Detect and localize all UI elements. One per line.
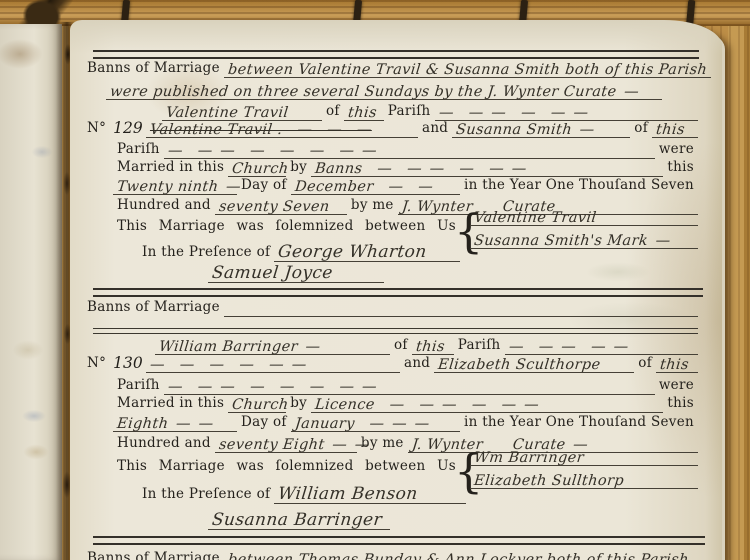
banns-between-blank: between Thomas Bunday & Ann Lockyer both…	[224, 548, 712, 560]
entry-number: 130	[110, 354, 146, 373]
solemnized-line: This Marriage was ſolemnized between Us	[113, 216, 473, 236]
parish-dashes-blank: — — — — —	[505, 335, 698, 355]
of-label: of	[634, 355, 656, 373]
married-line: Married in this Church by Licence — — — …	[113, 393, 698, 413]
witness2-blank: Susanna Barringer	[208, 510, 390, 530]
groom-mid-dashes: — — — — — —	[145, 357, 311, 373]
month-blank: December — —	[291, 175, 460, 195]
groom-signature-row: Valentine Travil	[470, 204, 698, 226]
no-label: N°	[83, 355, 110, 373]
number-names-line: N° 129 Valentine Travil . — — — and Susa…	[83, 118, 698, 138]
groom-signature: Valentine Travil	[469, 210, 601, 226]
church-blank: Church	[228, 157, 286, 177]
this-label: this	[663, 395, 698, 413]
day-entry: Eighth — —	[112, 416, 218, 432]
month-entry: December — —	[290, 179, 438, 195]
hundred-and-label: Hundred and	[113, 197, 215, 215]
bride-signature-row: Elizabeth Sullthorp	[470, 466, 698, 489]
decade-blank: seventy Eight — —	[215, 433, 357, 453]
groom-parish-line: William Barringer — of this Pariſh — — —…	[155, 335, 698, 355]
banns-line: Banns of Marriage	[83, 297, 698, 317]
solemnized-label: This Marriage was ſolemnized between Us	[113, 458, 460, 476]
method-entry: Licence — — — — — —	[310, 397, 544, 413]
date-line: Eighth — — Day of January — — — in the Y…	[113, 412, 698, 432]
entry-separator-rule	[93, 536, 705, 545]
banns-published-entry: were published on three several Sundays …	[105, 84, 644, 100]
next-entry-partial-text: between Thomas Bunday & Ann Lockyer both…	[223, 552, 693, 560]
married-line: Married in this Church by Banns — — — — …	[113, 157, 698, 177]
bride-signature: Susanna Smith's Mark —	[469, 233, 675, 249]
register-photo: Banns of Marriage between Valentine Trav…	[0, 0, 750, 560]
couple-signatures: Valentine Travil Susanna Smith's Mark —	[470, 204, 698, 249]
year-printed-label: in the Year One Thouſand Seven	[460, 414, 698, 432]
witness1-signature: George Wharton	[273, 242, 432, 262]
no-label: N°	[83, 120, 110, 138]
banns-published-line: were published on three several Sundays …	[106, 80, 662, 100]
this-entry: this	[655, 357, 694, 373]
this-blank: this	[412, 335, 454, 355]
solemnized-label: This Marriage was ſolemnized between Us	[113, 218, 460, 236]
banns-line: Banns of Marriage between Valentine Trav…	[83, 58, 698, 78]
witness2-line: Samuel Joyce	[208, 263, 408, 283]
decade-entry: seventy Eight — —	[214, 437, 374, 453]
banns-label: Banns of Marriage	[83, 299, 224, 317]
year-printed-label: in the Year One Thouſand Seven	[460, 177, 698, 195]
by-me-label: by me	[347, 197, 398, 215]
couple-signatures: Wm Barringer Elizabeth Sullthorp	[470, 444, 698, 489]
groom-name-blank: William Barringer —	[155, 335, 390, 355]
witness1-signature: William Benson	[273, 484, 423, 504]
bride-blank: Susanna Smith —	[452, 118, 630, 138]
this-blank: this	[652, 118, 698, 138]
month-blank: January — — —	[291, 412, 460, 432]
groom-mid-blank: — — — — — —	[146, 353, 400, 373]
day-of-label: Day of	[237, 414, 291, 432]
parish-were-line: Pariſh — — — — — — — — were	[113, 375, 698, 395]
day-entry: Twenty ninth —	[112, 179, 246, 195]
day-blank: Twenty ninth —	[113, 175, 237, 195]
groom-mid-blank: Valentine Travil . — — —	[146, 118, 418, 138]
bride-signature-row: Susanna Smith's Mark —	[470, 226, 698, 249]
date-line: Twenty ninth — Day of December — — in th…	[113, 175, 698, 195]
married-in-this-label: Married in this	[113, 395, 228, 413]
month-entry: January — — —	[290, 416, 434, 432]
number-names-line: N° 130 — — — — — — and Elizabeth Scultho…	[83, 353, 698, 373]
church-entry: Church	[227, 397, 293, 413]
this-blank: this	[656, 353, 698, 373]
parish-dashes-blank: — — — — — — — —	[164, 139, 655, 159]
decade-entry: seventy Seven	[214, 199, 334, 215]
banns-between-blank: between Valentine Travil & Susanna Smith…	[224, 58, 711, 78]
groom-signature-row: Wm Barringer	[470, 444, 698, 466]
bride-blank: Elizabeth Sculthorpe	[434, 353, 634, 373]
witness1-blank: William Benson	[274, 484, 466, 504]
banns-label: Banns of Marriage	[83, 550, 224, 560]
day-blank: Eighth — —	[113, 412, 237, 432]
next-entry-partial-line: Banns of Marriage between Thomas Bunday …	[83, 548, 712, 560]
witness2-signature: Samuel Joyce	[207, 263, 338, 283]
parish-dashes-blank: — — — — — — — —	[164, 375, 655, 395]
bride-name: Elizabeth Sculthorpe	[433, 357, 605, 373]
groom-signature: Wm Barringer	[469, 450, 589, 466]
and-label: and	[418, 120, 452, 138]
this-entry: this	[651, 122, 690, 138]
method-blank: Licence — — — — — —	[311, 393, 663, 413]
method-blank: Banns — — — — — —	[311, 157, 663, 177]
register-page: Banns of Marriage between Valentine Trav…	[70, 20, 722, 560]
presence-line: In the Preſence of George Wharton	[138, 242, 468, 262]
banns-between-blank	[224, 297, 698, 317]
banns-label: Banns of Marriage	[83, 60, 224, 78]
decade-blank: seventy Seven	[215, 195, 347, 215]
banns-between-entry: between Valentine Travil & Susanna Smith…	[223, 62, 712, 78]
presence-of-label: In the Preſence of	[138, 244, 274, 262]
witness2-line: Susanna Barringer	[208, 510, 418, 530]
blank-double-rule	[93, 328, 698, 334]
witness2-signature: Susanna Barringer	[207, 510, 387, 530]
solemnized-line: This Marriage was ſolemnized between Us	[113, 456, 473, 476]
left-page-edge	[0, 24, 62, 560]
parish-were-line: Pariſh — — — — — — — — were	[113, 139, 698, 159]
and-label: and	[400, 355, 434, 373]
bride-name: Susanna Smith —	[451, 122, 599, 138]
bride-signature: Elizabeth Sullthorp	[469, 473, 629, 489]
presence-line: In the Preſence of William Benson	[138, 484, 478, 504]
entry-separator-rule	[93, 288, 703, 297]
of-label: of	[630, 120, 652, 138]
entry-number: 129	[110, 119, 146, 138]
groom-mid-name-struck: Valentine Travil . — — —	[145, 122, 377, 138]
witness1-blank: George Wharton	[274, 242, 460, 262]
witness2-blank: Samuel Joyce	[208, 263, 384, 283]
banns-published-blank: were published on three several Sundays …	[106, 80, 662, 100]
hundred-and-label: Hundred and	[113, 435, 215, 453]
presence-of-label: In the Preſence of	[138, 486, 274, 504]
church-blank: Church	[228, 393, 286, 413]
